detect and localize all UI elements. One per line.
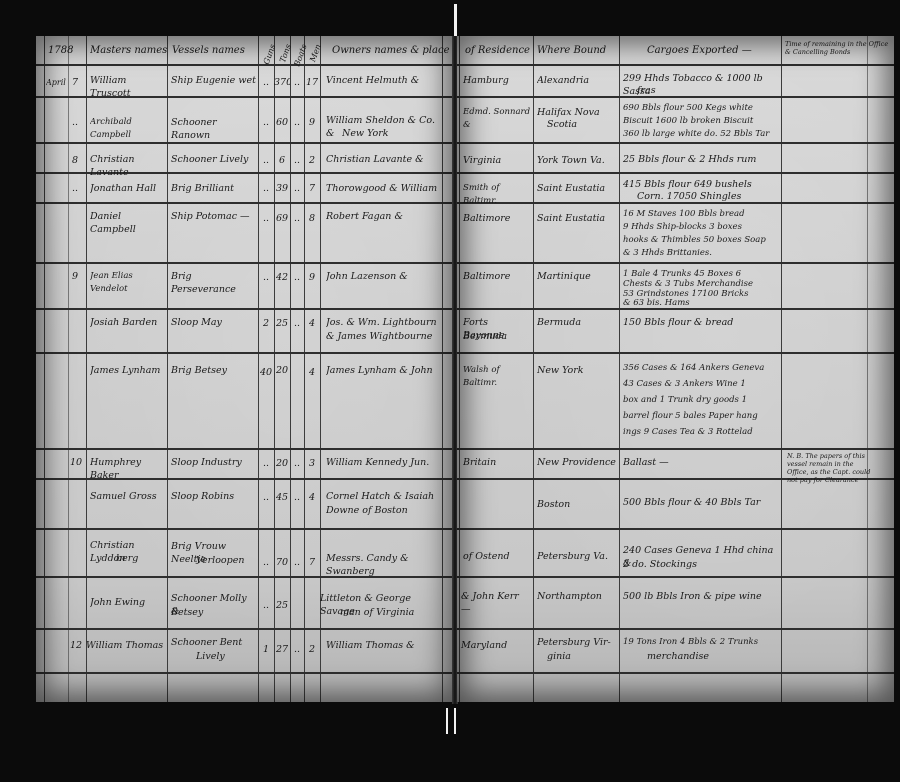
entry-residence: Baltimore — [463, 212, 531, 225]
entry-master: Samuel Gross — [90, 490, 166, 503]
entry-residence: Edmd. Sonnard & — [463, 106, 531, 132]
entry-residence: Britain — [463, 456, 531, 469]
ledger-left-page: 1788 Masters names Vessels names Guns To… — [36, 36, 454, 702]
entry-col-d: 2 — [304, 643, 320, 656]
entry-col-b: 60 — [274, 116, 290, 129]
entry-cargo: 356 Cases & 164 Ankers Geneva — [623, 362, 779, 375]
entry-day: 7 — [72, 76, 78, 89]
entry-vessel-line2: Betsey — [171, 606, 257, 619]
entry-owner: William Kennedy Jun. — [326, 456, 440, 469]
entry-col-c: .. — [290, 212, 304, 225]
entry-cargo: 500 lb Bbls Iron & pipe wine — [623, 590, 779, 603]
entry-master: Jonathan Hall — [90, 182, 166, 195]
entry-col-c: .. — [290, 491, 304, 504]
entry-col-c: .. — [290, 457, 304, 470]
entry-where-bound: Saint Eustatia — [537, 182, 617, 195]
entry-cargo: 500 Bbls flour & 40 Bbls Tar — [623, 496, 779, 509]
ledger-right-page: of Residence Where Bound Cargoes Exporte… — [457, 36, 894, 702]
entry-master: Humphrey Baker — [90, 456, 166, 482]
entry-residence: Smith of Baltimr. — [463, 182, 531, 208]
entry-owner: James Lynham & John — [326, 364, 440, 377]
entry-owner: Robert Fagan & — [326, 210, 440, 223]
entry-col-a: .. — [258, 116, 274, 129]
entry-day: 9 — [72, 270, 78, 283]
entry-col-a: 2 — [258, 317, 274, 330]
entry-master: Daniel Campbell — [90, 210, 166, 236]
entry-col-a: .. — [258, 212, 274, 225]
entry-col-d: 8 — [304, 212, 320, 225]
entry-col-a: .. — [258, 271, 274, 284]
entry-note: N. B. The papers of this — [787, 452, 891, 460]
entry-cargo-line2: Corn. 17050 Shingles — [637, 190, 777, 203]
entry-owner: John Lazenson & — [326, 270, 440, 283]
entry-vessel: Ship Eugenie wet — [171, 74, 257, 87]
entry-vessel-line2: Verloopen — [196, 554, 256, 567]
entry-month: April — [46, 76, 66, 89]
entry-cargo-line3: 360 lb large white do. 52 Bbls Tar — [623, 128, 779, 141]
entry-owner: Cornel Hatch & Isaiah — [326, 490, 440, 503]
entry-col-a: .. — [258, 491, 274, 504]
entry-col-a: .. — [258, 76, 274, 89]
entry-where-bound: Martinique — [537, 270, 617, 283]
entry-col-d: 9 — [304, 271, 320, 284]
entry-col-a: 1 — [258, 643, 274, 656]
entry-col-b: 27 — [274, 643, 290, 656]
entry-cargo-line2: Biscuit 1600 lb broken Biscuit — [623, 115, 779, 128]
entry-cargo-line2: merchandise — [647, 650, 777, 663]
entry-col-a: .. — [258, 154, 274, 167]
entry-col-d: 7 — [304, 556, 320, 569]
entry-vessel: Sloop Industry — [171, 456, 257, 469]
entry-vessel: Schooner Lively — [171, 153, 257, 166]
entry-col-c: .. — [290, 556, 304, 569]
entry-col-d: 3 — [304, 457, 320, 470]
entry-residence-line2: Bermuda — [463, 330, 531, 343]
entry-col-b: 20 — [274, 457, 290, 470]
entry-col-c: .. — [290, 643, 304, 656]
entry-vessel: Schooner Bent — [171, 636, 257, 649]
entry-where-bound: York Town Va. — [537, 154, 617, 167]
entry-residence: & John Kerr — — [461, 590, 531, 616]
entry-where-bound: Saint Eustatia — [537, 212, 617, 225]
entry-col-b: 6 — [274, 154, 290, 167]
frame-marker-bottom-right — [454, 708, 456, 734]
header-notes: Time of remaining in the Office & Cancel… — [785, 40, 889, 56]
entry-owner-line2: man of Virginia — [340, 606, 440, 619]
entry-vessel-line2: Lively — [196, 650, 256, 663]
entry-day: .. — [72, 116, 78, 129]
header-year: 1788 — [48, 44, 73, 57]
header-residence: of Residence — [465, 44, 530, 57]
entry-master-line2: berg — [116, 552, 166, 565]
entry-col-d: 4 — [304, 491, 320, 504]
entry-owner-line2: Downe of Boston — [326, 504, 440, 517]
entry-cargo-line2: 9 Hhds Ship-blocks 3 boxes — [623, 221, 779, 234]
header-cargoes-exported: Cargoes Exported — — [647, 44, 752, 57]
entry-residence: Maryland — [461, 639, 531, 652]
entry-cargo: Ballast — — [623, 456, 779, 469]
frame-marker-top — [454, 4, 457, 36]
entry-vessel: Brig Brilliant — [171, 182, 257, 195]
header-col-a: Guns — [260, 42, 279, 66]
entry-owner-line2: & James Wightbourne — [326, 330, 440, 343]
header-masters-names: Masters names — [90, 44, 167, 57]
entry-where-bound: Petersburg Va. — [537, 550, 617, 563]
entry-master: William Thomas — [86, 639, 166, 652]
entry-where-bound: Boston — [537, 498, 617, 511]
entry-col-b: 42 — [274, 271, 290, 284]
entry-owner-line2: New York — [342, 127, 440, 140]
entry-day: .. — [72, 182, 78, 195]
entry-vessel: Brig Betsey — [171, 364, 257, 377]
entry-master: Josiah Barden — [90, 316, 166, 329]
entry-residence: of Ostend — [463, 550, 531, 563]
entry-cargo-line4: & 3 Hhds Brittanies. — [623, 247, 779, 260]
entry-note-line2: vessel remain in the — [787, 460, 891, 468]
entry-cargo: 150 Bbls flour & bread — [623, 316, 779, 329]
entry-col-b: 25 — [274, 317, 290, 330]
entry-col-b: 39 — [274, 182, 290, 195]
entry-col-c: .. — [290, 182, 304, 195]
entry-col-b: 25 — [274, 599, 290, 612]
entry-residence: Baltimore — [463, 270, 531, 283]
entry-col-a: .. — [258, 599, 274, 612]
entry-col-c: .. — [290, 154, 304, 167]
entry-master: Archibald Campbell — [90, 116, 166, 142]
entry-vessel: Sloop Robins — [171, 490, 257, 503]
entry-where-bound: Northampton — [537, 590, 617, 603]
entry-owner: Thorowgood & William — [326, 182, 440, 195]
entry-day: 8 — [72, 154, 78, 167]
entry-vessel: Sloop May — [171, 316, 257, 329]
entry-master: William Truscott — [90, 74, 166, 100]
entry-cargo: 16 M Staves 100 Bbls bread — [623, 208, 779, 221]
entry-note-line4: not pay for Clearance — [787, 476, 891, 484]
header-where-bound: Where Bound — [537, 44, 606, 57]
entry-col-b: 70 — [274, 556, 290, 569]
entry-cargo: 690 Bbls flour 500 Kegs white — [623, 102, 779, 115]
entry-cargo-line3: hooks & Thimbles 50 boxes Soap — [623, 234, 779, 247]
entry-cargo: 25 Bbls flour & 2 Hhds rum — [623, 153, 779, 166]
entry-cargo-line3: box and 1 Trunk dry goods 1 — [623, 394, 779, 407]
entry-where-bound: New Providence — [537, 456, 617, 469]
entry-where-bound-line2: Scotia — [547, 118, 617, 131]
entry-master: Jean Elias Vendelot — [90, 270, 166, 296]
entry-master: James Lynham — [90, 364, 166, 377]
entry-master: John Ewing — [90, 596, 166, 609]
entry-col-c: .. — [290, 116, 304, 129]
entry-note-line3: Office, as the Capt. could — [787, 468, 891, 476]
frame-marker-bottom-left — [446, 708, 448, 734]
entry-where-bound-line2: ginia — [547, 650, 617, 663]
entry-where-bound: Alexandria — [537, 74, 617, 87]
entry-cargo: 19 Tons Iron 4 Bbls & 2 Trunks — [623, 636, 779, 649]
entry-vessel: Brig Perseverance — [171, 270, 257, 296]
entry-col-c: .. — [290, 317, 304, 330]
entry-cargo-line4: barrel flour 5 bales Paper hang — [623, 410, 779, 423]
entry-owner: William Thomas & — [326, 639, 440, 652]
entry-master: Christian Lavante — [90, 153, 166, 179]
entry-col-a: .. — [258, 556, 274, 569]
entry-where-bound: Bermuda — [537, 316, 617, 329]
entry-col-d: 9 — [304, 116, 320, 129]
entry-col-b: 20 — [274, 364, 290, 377]
entry-cargo-line2: 43 Cases & 3 Ankers Wine 1 — [623, 378, 779, 391]
entry-residence: Walsh of Baltimr. — [463, 364, 533, 390]
entry-cargo-line2: fras — [637, 84, 777, 97]
entry-owner: Messrs. Candy & Swanberg — [326, 552, 440, 578]
entry-owner: Jos. & Wm. Lightbourn — [326, 316, 440, 329]
entry-cargo-line4: & 63 bis. Hams — [623, 297, 779, 310]
entry-vessel: Schooner Ranown — [171, 116, 257, 142]
entry-col-c: .. — [290, 271, 304, 284]
entry-col-b: 69 — [274, 212, 290, 225]
entry-col-d: 2 — [304, 154, 320, 167]
entry-col-d: 17 — [304, 76, 320, 89]
entry-col-a: 40 — [258, 366, 274, 379]
entry-owner: Christian Lavante & — [326, 153, 440, 166]
entry-col-d: 4 — [304, 317, 320, 330]
header-owners: Owners names & place — [332, 44, 449, 57]
entry-owner: Vincent Helmuth & — [326, 74, 440, 87]
entry-vessel: Ship Potomac — — [171, 210, 257, 223]
entry-col-d: 7 — [304, 182, 320, 195]
entry-day: 12 — [70, 639, 82, 652]
entry-col-b: 45 — [274, 491, 290, 504]
entry-col-b: 370 — [274, 76, 290, 89]
entry-where-bound: Petersburg Vir- — [537, 636, 617, 649]
entry-where-bound: New York — [537, 364, 617, 377]
entry-col-c: .. — [290, 76, 304, 89]
entry-day: 10 — [70, 456, 82, 469]
entry-cargo-line2: 2 do. Stockings — [623, 558, 779, 571]
entry-col-a: .. — [258, 182, 274, 195]
entry-residence: Hamburg — [463, 74, 531, 87]
entry-col-d: 4 — [304, 366, 320, 379]
entry-residence: Virginia — [463, 154, 531, 167]
header-vessels-names: Vessels names — [172, 44, 245, 57]
entry-col-a: .. — [258, 457, 274, 470]
entry-cargo-line5: ings 9 Cases Tea & 3 Rottelad — [623, 426, 779, 439]
